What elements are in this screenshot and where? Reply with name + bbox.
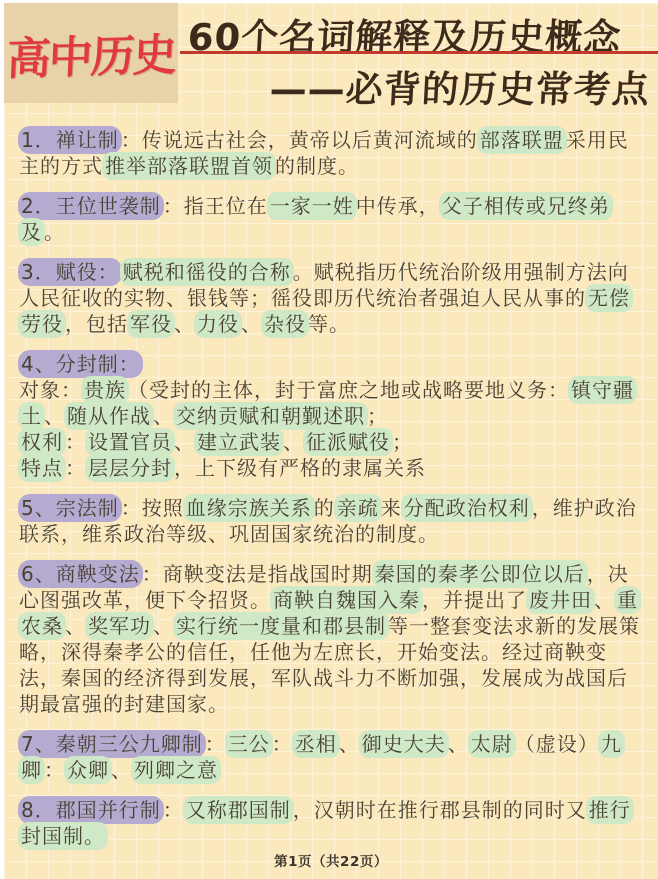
key-phrase-highlight: 御史大夫 [359,730,449,758]
text-line: 特点：层层分封，上下级有严格的隶属关系 [19,455,644,481]
text-run: ： [205,732,226,756]
text-run: ，包括 [65,312,128,336]
key-phrase-highlight: 血缘宗族关系 [183,494,315,522]
text-run: 、 [241,312,262,336]
text-run: 、 [283,430,304,454]
key-phrase-highlight: 部落联盟 [477,126,567,154]
text-run: ：传说远古社会，黄帝以后黄河流域的 [121,128,478,152]
text-run: ： [44,758,65,782]
key-phrase-highlight: 实行统一度量和郡县制 [173,612,389,640]
key-phrase-highlight: 征派赋役 [303,428,393,456]
term-label-highlight: 8．郡国并行制 [18,796,164,824]
text-line: 8．郡国并行制：又称郡国制，汉朝时在推行郡县制的同时又推行封国制。 [19,797,644,849]
key-phrase-highlight: 随从作战 [64,402,154,430]
text-run: ； [392,430,413,454]
text-line: 2．王位世袭制：指王位在一家一姓中传承，父子相传或兄终弟及。 [19,193,644,245]
term-label-highlight: 7、秦朝三公九卿制 [18,730,206,758]
page-title-line2: ——必背的历史常考点 [269,59,652,113]
text-run: ：指王位在 [163,194,268,218]
text-run: 、 [153,404,174,428]
definition-item: 1．禅让制：传说远古社会，黄帝以后黄河流域的部落联盟采用民主的方式推举部落联盟首… [19,127,644,179]
key-phrase-highlight: 推举部落联盟首领 [102,152,276,180]
key-phrase-highlight: 废井田 [526,586,595,614]
term-label-highlight: 3．赋役： [18,258,122,286]
text-run: 、 [174,312,195,336]
text-line: 对象：贵族（受封的主体，封于富庶之地或战略要地义务：镇守疆土、随从作战、交纳贡赋… [19,377,644,429]
text-run: 、 [174,430,195,454]
term-label-highlight: 4、分封制： [18,350,143,378]
key-phrase-highlight: 建立武装 [194,428,284,456]
text-line: 5、宗法制：按照血缘宗族关系的亲疏来分配政治权利，维护政治联系，维系政治等级、巩… [19,495,644,547]
key-phrase-highlight: 三公 [225,730,273,758]
text-run: （虚设） [515,732,599,756]
text-run: （受封的主体，封于富庶之地或战略要地义务： [128,378,569,402]
key-phrase-highlight: 层层分封 [85,454,175,482]
text-run: ； [367,404,388,428]
key-phrase-highlight: 又称郡国制 [183,796,294,824]
definition-item: 3．赋役：赋税和徭役的合称。赋税指历代统治阶级用强制方法向人民征收的实物、银钱等… [19,259,644,337]
key-phrase-highlight: 设置官员 [85,428,175,456]
text-run: 、 [153,614,174,638]
page-footer: 第1页（共22页） [4,850,658,870]
definition-item: 4、分封制：对象：贵族（受封的主体，封于富庶之地或战略要地义务：镇守疆土、随从作… [19,351,644,481]
text-line: 6、商鞅变法：商鞅变法是指战国时期秦国的秦孝公即位以后，决心图强改革，便下令招贤… [19,561,644,717]
text-run: 、 [594,588,615,612]
key-phrase-highlight: 一家一姓 [267,192,357,220]
definition-item: 8．郡国并行制：又称郡国制，汉朝时在推行郡县制的同时又推行封国制。 [19,797,644,849]
key-phrase-highlight: 赋税和徭役的合称 [120,258,294,286]
text-run: ： [65,456,86,480]
brand-badge: 高中历史 [4,3,178,103]
text-run: 等。 [308,312,350,336]
term-label-highlight: 5、宗法制 [18,494,122,522]
text-run: 、 [44,404,65,428]
text-run: 、 [448,732,469,756]
key-phrase-highlight: 分配政治权利 [401,494,533,522]
term-label-highlight: 2．王位世袭制 [18,192,164,220]
key-phrase-highlight: 交纳贡赋和朝觐述职 [173,402,368,430]
brand-title: 高中历史 [6,19,177,87]
text-line: 7、秦朝三公九卿制：三公：丞相、御史大夫、太尉（虚设）九卿：众卿、列卿之意 [19,731,644,783]
key-phrase-highlight: 商鞅自魏国入秦 [270,586,423,614]
key-phrase-highlight: 列卿之意 [131,756,221,784]
text-run: ：按照 [121,496,184,520]
key-phrase-highlight: 秦国的秦孝公即位以后 [372,560,588,588]
definition-item: 6、商鞅变法：商鞅变法是指战国时期秦国的秦孝公即位以后，决心图强改革，便下令招贤… [19,561,644,717]
key-phrase-highlight: 奖军功 [85,612,154,640]
text-line: 权利：设置官员、建立武装、征派赋役； [19,429,644,455]
text-run: 对象： [19,378,82,402]
key-phrase-highlight: 众卿 [64,756,112,784]
text-run: ：商鞅变法是指战国时期 [142,562,373,586]
text-run: ，上下级有严格的隶属关系 [174,456,426,480]
study-notes-page: 高中历史 60个名词解释及历史概念 ——必背的历史常考点 1．禅让制：传说远古社… [0,0,658,879]
text-run: ： [65,430,86,454]
key-phrase-highlight: 权利 [18,428,66,456]
text-run: ，汉朝时在推行郡县制的同时又 [293,798,587,822]
definition-item: 7、秦朝三公九卿制：三公：丞相、御史大夫、太尉（虚设）九卿：众卿、列卿之意 [19,731,644,783]
text-run: 、 [339,732,360,756]
key-phrase-highlight: 特点 [18,454,66,482]
key-phrase-highlight: 力役 [194,310,242,338]
page-header: 高中历史 60个名词解释及历史概念 ——必背的历史常考点 [4,3,658,115]
title-underline-rule [180,51,658,54]
text-run: ，并提出了 [422,588,527,612]
page-number: 第1页（共22页） [274,854,388,870]
text-line: 1．禅让制：传说远古社会，黄帝以后黄河流域的部落联盟采用民主的方式推举部落联盟首… [19,127,644,179]
text-run: ： [272,732,293,756]
term-label-highlight: 6、商鞅变法 [18,560,143,588]
text-run: 。 [44,220,65,244]
text-line: 3．赋役：赋税和徭役的合称。赋税指历代统治阶级用强制方法向人民征收的实物、银钱等… [19,259,644,337]
definition-item: 2．王位世袭制：指王位在一家一姓中传承，父子相传或兄终弟及。 [19,193,644,245]
text-run: ： [163,798,184,822]
key-phrase-highlight: 贵族 [81,376,129,404]
text-run: 、 [65,614,86,638]
text-run: 、 [111,758,132,782]
definition-list: 1．禅让制：传说远古社会，黄帝以后黄河流域的部落联盟采用民主的方式推举部落联盟首… [4,115,658,863]
text-line: 4、分封制： [19,351,644,377]
key-phrase-highlight: 军役 [127,310,175,338]
text-run: 中传承， [356,194,440,218]
key-phrase-highlight: 太尉 [468,730,516,758]
text-run: 的制度。 [275,154,359,178]
text-run: 来 [381,496,402,520]
key-phrase-highlight: 丞相 [292,730,340,758]
key-phrase-highlight: 亲疏 [334,494,382,522]
term-label-highlight: 1．禅让制 [18,126,122,154]
key-phrase-highlight: 杂役 [261,310,309,338]
definition-item: 5、宗法制：按照血缘宗族关系的亲疏来分配政治权利，维护政治联系，维系政治等级、巩… [19,495,644,547]
text-run: 的 [314,496,335,520]
